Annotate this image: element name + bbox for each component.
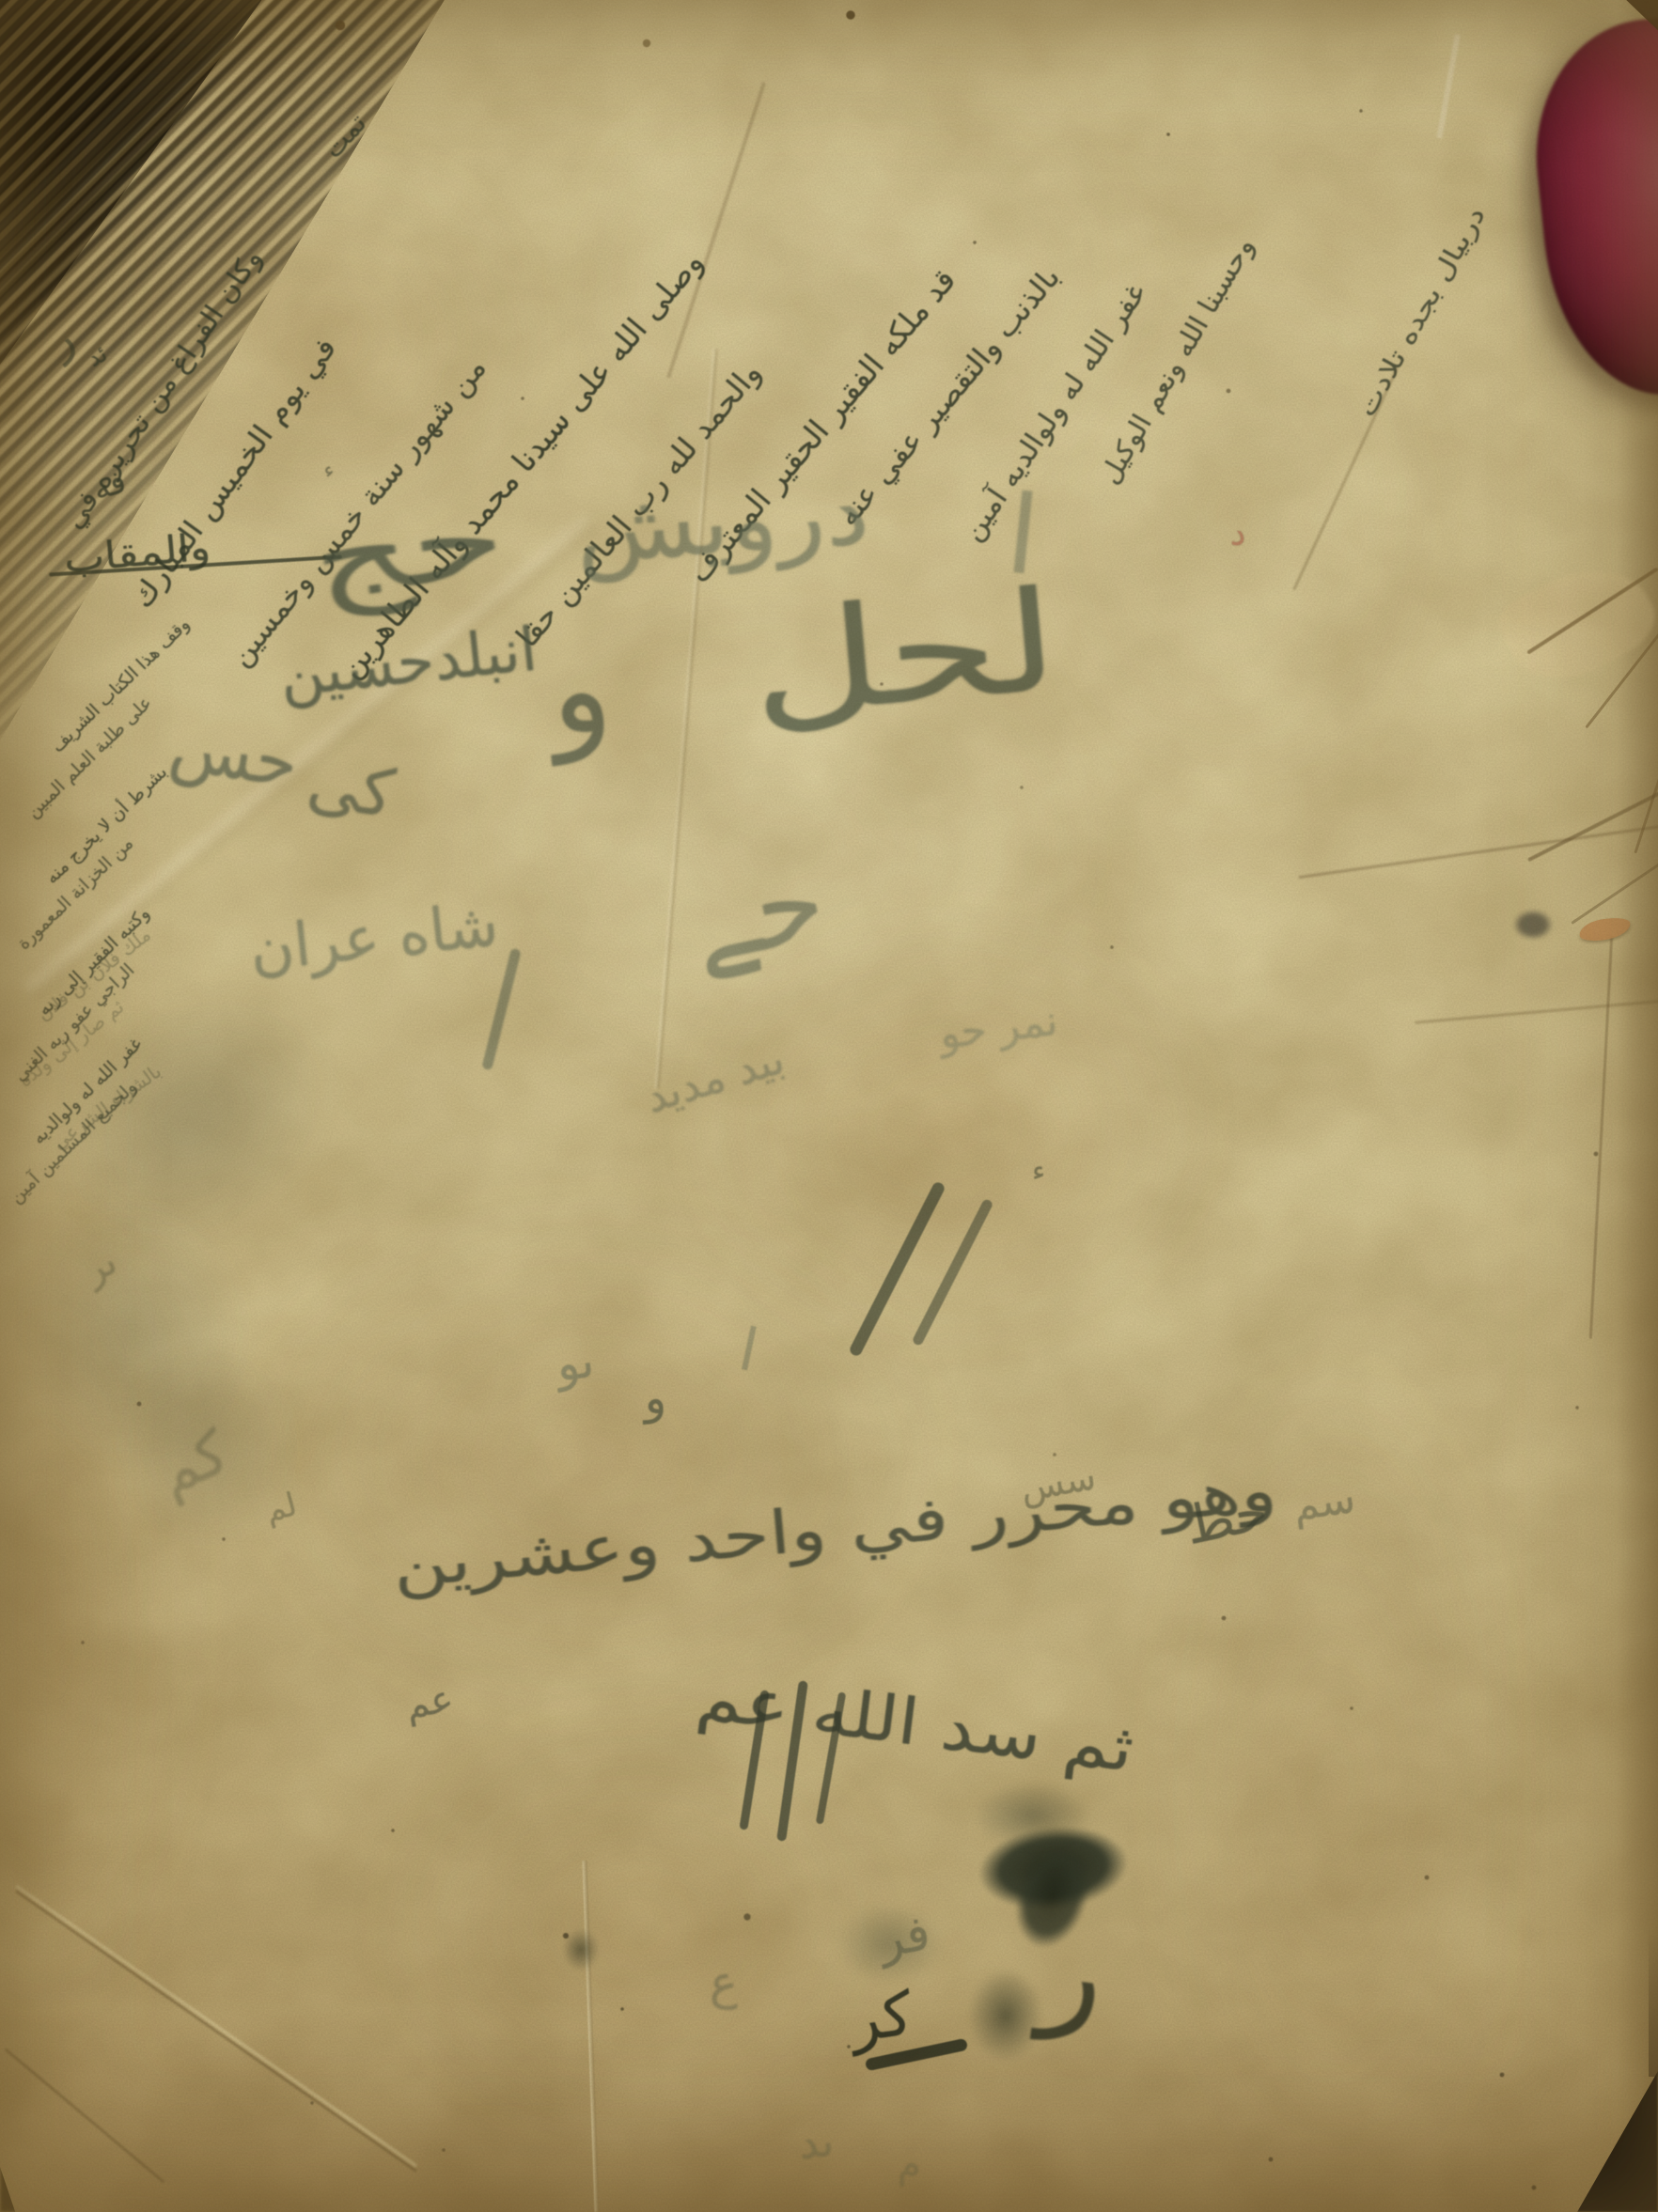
photo-vignette (0, 0, 1658, 2212)
manuscript-page-photo: تمت وكان الفراغ من تحريره في في يوم الخم… (0, 0, 1658, 2212)
